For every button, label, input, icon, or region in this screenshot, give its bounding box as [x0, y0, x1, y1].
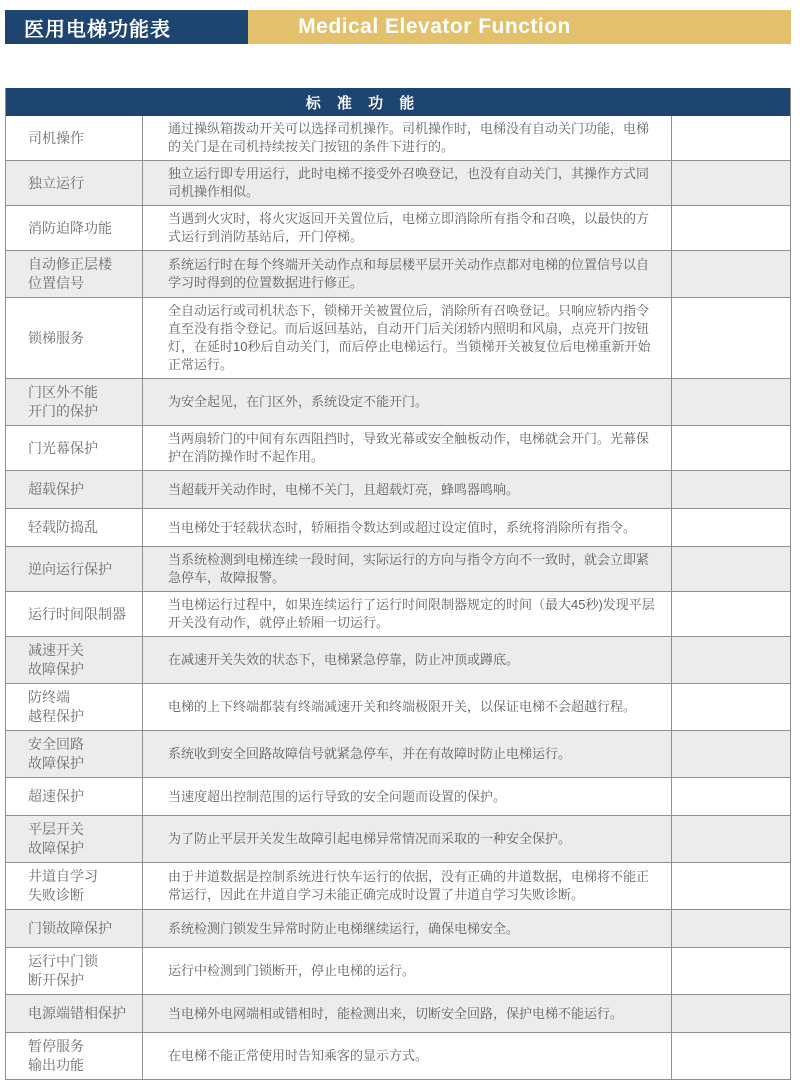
table-row: 消防迫降功能 当遇到火灾时，将火灾返回开关置位后，电梯立即消除所有指令和召唤，以… — [6, 205, 790, 250]
check-cell — [672, 778, 790, 815]
function-desc-cell: 当速度超出控制范围的运行导致的安全问题而设置的保护。 — [143, 778, 672, 815]
function-desc-cell: 在电梯不能正常使用时告知乘客的显示方式。 — [143, 1033, 672, 1079]
table-row: 超载保护 当超载开关动作时，电梯不关门，且超载灯亮，蜂鸣器鸣响。 — [6, 470, 790, 508]
function-name-cell: 安全回路 故障保护 — [6, 731, 143, 777]
function-description: 系统收到安全回路故障信号就紧急停车，并在有故障时防止电梯运行。 — [168, 745, 571, 763]
function-desc-cell: 系统运行时在每个终端开关动作点和每层楼平层开关动作点都对电梯的位置信号以自学习时… — [143, 251, 672, 297]
function-description: 当电梯外电网端相或错相时，能检测出来，切断安全回路，保护电梯不能运行。 — [168, 1005, 623, 1023]
function-desc-cell: 通过操纵箱拨动开关可以选择司机操作。司机操作时，电梯没有自动关门功能，电梯的关门… — [143, 116, 672, 160]
table-row: 防终端 越程保护 电梯的上下终端都装有终端减速开关和终端极限开关，以保证电梯不会… — [6, 683, 790, 730]
function-name: 门光幕保护 — [28, 439, 98, 458]
function-name-cell: 逆向运行保护 — [6, 547, 143, 591]
function-name-cell: 减速开关 故障保护 — [6, 637, 143, 683]
check-cell — [672, 116, 790, 160]
check-cell — [672, 863, 790, 909]
table-row: 减速开关 故障保护 在减速开关失效的状态下，电梯紧急停靠，防止冲顶或蹲底。 — [6, 636, 790, 683]
function-name: 防终端 越程保护 — [28, 688, 84, 726]
table-section-header: 标 准 功 能 — [6, 88, 790, 116]
function-name: 轻载防捣乱 — [28, 518, 98, 537]
function-description: 在电梯不能正常使用时告知乘客的显示方式。 — [168, 1047, 428, 1065]
function-name-cell: 井道自学习 失败诊断 — [6, 863, 143, 909]
function-name-cell: 消防迫降功能 — [6, 206, 143, 250]
check-cell — [672, 298, 790, 378]
function-name: 独立运行 — [28, 174, 84, 193]
function-table: 标 准 功 能 司机操作 通过操纵箱拨动开关可以选择司机操作。司机操作时，电梯没… — [5, 88, 791, 1080]
table-row: 超速保护 当速度超出控制范围的运行导致的安全问题而设置的保护。 — [6, 777, 790, 815]
function-desc-cell: 全自动运行或司机状态下，锁梯开关被置位后，消除所有召唤登记。只响应轿内指令直至没… — [143, 298, 672, 378]
function-name: 电源端错相保护 — [28, 1004, 126, 1023]
page: 医用电梯功能表 Medical Elevator Function 标 准 功 … — [0, 0, 800, 1089]
table-row: 电源端错相保护 当电梯外电网端相或错相时，能检测出来，切断安全回路，保护电梯不能… — [6, 994, 790, 1032]
function-name: 锁梯服务 — [28, 329, 84, 348]
table-row: 轻载防捣乱 当电梯处于轻载状态时，轿厢指令数达到或超过设定值时，系统将消除所有指… — [6, 508, 790, 546]
function-desc-cell: 为了防止平层开关发生故障引起电梯异常情况而采取的一种安全保护。 — [143, 816, 672, 862]
function-desc-cell: 当系统检测到电梯连续一段时间，实际运行的方向与指令方向不一致时，就会立即紧急停车… — [143, 547, 672, 591]
function-description: 当电梯处于轻载状态时，轿厢指令数达到或超过设定值时，系统将消除所有指令。 — [168, 519, 636, 537]
section-title: 标 准 功 能 — [306, 92, 421, 113]
check-cell — [672, 816, 790, 862]
function-desc-cell: 在减速开关失效的状态下，电梯紧急停靠，防止冲顶或蹲底。 — [143, 637, 672, 683]
function-name: 门区外不能 开门的保护 — [28, 383, 98, 421]
table-row: 门锁故障保护 系统检测门锁发生异常时防止电梯继续运行，确保电梯安全。 — [6, 909, 790, 947]
function-name-cell: 司机操作 — [6, 116, 143, 160]
table-row: 独立运行 独立运行即专用运行，此时电梯不接受外召唤登记，也没有自动关门，其操作方… — [6, 160, 790, 205]
check-cell — [672, 509, 790, 546]
table-row: 安全回路 故障保护 系统收到安全回路故障信号就紧急停车，并在有故障时防止电梯运行… — [6, 730, 790, 777]
table-row: 锁梯服务 全自动运行或司机状态下，锁梯开关被置位后，消除所有召唤登记。只响应轿内… — [6, 297, 790, 378]
function-name: 消防迫降功能 — [28, 219, 112, 238]
function-name-cell: 电源端错相保护 — [6, 995, 143, 1032]
check-cell — [672, 161, 790, 205]
check-cell — [672, 426, 790, 470]
function-description: 当超载开关动作时，电梯不关门，且超载灯亮，蜂鸣器鸣响。 — [168, 481, 519, 499]
function-name: 自动修正层楼 位置信号 — [28, 255, 112, 293]
function-name-cell: 运行中门锁 断开保护 — [6, 948, 143, 994]
function-name-cell: 暂停服务 输出功能 — [6, 1033, 143, 1079]
table-row: 门光幕保护 当两扇轿门的中间有东西阻挡时，导致光幕或安全触板动作，电梯就会开门。… — [6, 425, 790, 470]
function-description: 运行中检测到门锁断开，停止电梯的运行。 — [168, 962, 415, 980]
table-row: 自动修正层楼 位置信号 系统运行时在每个终端开关动作点和每层楼平层开关动作点都对… — [6, 250, 790, 297]
function-description: 当速度超出控制范围的运行导致的安全问题而设置的保护。 — [168, 788, 506, 806]
function-name-cell: 超速保护 — [6, 778, 143, 815]
check-cell — [672, 251, 790, 297]
function-name: 超载保护 — [28, 480, 84, 499]
function-name: 运行时间限制器 — [28, 605, 126, 624]
title-en-banner: Medical Elevator Function — [248, 10, 791, 44]
check-cell — [672, 471, 790, 508]
table-row: 暂停服务 输出功能 在电梯不能正常使用时告知乘客的显示方式。 — [6, 1032, 790, 1079]
check-cell — [672, 592, 790, 636]
function-description: 当电梯运行过程中，如果连续运行了运行时间限制器规定的时间（最大45秒)发现平层开… — [168, 596, 656, 632]
table-row: 门区外不能 开门的保护 为安全起见，在门区外，系统设定不能开门。 — [6, 378, 790, 425]
function-name: 门锁故障保护 — [28, 919, 112, 938]
function-description: 系统运行时在每个终端开关动作点和每层楼平层开关动作点都对电梯的位置信号以自学习时… — [168, 256, 656, 292]
function-description: 为安全起见，在门区外，系统设定不能开门。 — [168, 393, 428, 411]
function-description: 当两扇轿门的中间有东西阻挡时，导致光幕或安全触板动作，电梯就会开门。光幕保护在消… — [168, 430, 656, 466]
function-desc-cell: 当电梯外电网端相或错相时，能检测出来，切断安全回路，保护电梯不能运行。 — [143, 995, 672, 1032]
function-name-cell: 独立运行 — [6, 161, 143, 205]
function-name-cell: 门光幕保护 — [6, 426, 143, 470]
table-row: 司机操作 通过操纵箱拨动开关可以选择司机操作。司机操作时，电梯没有自动关门功能，… — [6, 116, 790, 160]
function-name: 平层开关 故障保护 — [28, 820, 84, 858]
page-title-en: Medical Elevator Function — [298, 15, 571, 39]
table-row: 运行中门锁 断开保护 运行中检测到门锁断开，停止电梯的运行。 — [6, 947, 790, 994]
function-desc-cell: 电梯的上下终端都装有终端减速开关和终端极限开关，以保证电梯不会超越行程。 — [143, 684, 672, 730]
function-desc-cell: 由于井道数据是控制系统进行快车运行的依据，没有正确的井道数据，电梯将不能正常运行… — [143, 863, 672, 909]
check-cell — [672, 1033, 790, 1079]
function-description: 系统检测门锁发生异常时防止电梯继续运行，确保电梯安全。 — [168, 920, 519, 938]
page-title-zh: 医用电梯功能表 — [24, 13, 171, 42]
function-name-cell: 自动修正层楼 位置信号 — [6, 251, 143, 297]
function-desc-cell: 运行中检测到门锁断开，停止电梯的运行。 — [143, 948, 672, 994]
page-header: 医用电梯功能表 Medical Elevator Function — [5, 10, 791, 44]
function-description: 为了防止平层开关发生故障引起电梯异常情况而采取的一种安全保护。 — [168, 830, 571, 848]
function-desc-cell: 独立运行即专用运行，此时电梯不接受外召唤登记，也没有自动关门，其操作方式同司机操… — [143, 161, 672, 205]
function-name-cell: 平层开关 故障保护 — [6, 816, 143, 862]
check-cell — [672, 995, 790, 1032]
check-cell — [672, 637, 790, 683]
function-description: 由于井道数据是控制系统进行快车运行的依据，没有正确的井道数据，电梯将不能正常运行… — [168, 868, 656, 904]
function-desc-cell: 系统检测门锁发生异常时防止电梯继续运行，确保电梯安全。 — [143, 910, 672, 947]
function-description: 电梯的上下终端都装有终端减速开关和终端极限开关，以保证电梯不会超越行程。 — [168, 698, 636, 716]
function-description: 当遇到火灾时，将火灾返回开关置位后，电梯立即消除所有指令和召唤，以最快的方式运行… — [168, 210, 656, 246]
function-desc-cell: 当遇到火灾时，将火灾返回开关置位后，电梯立即消除所有指令和召唤，以最快的方式运行… — [143, 206, 672, 250]
table-row: 平层开关 故障保护 为了防止平层开关发生故障引起电梯异常情况而采取的一种安全保护… — [6, 815, 790, 862]
check-cell — [672, 379, 790, 425]
check-cell — [672, 684, 790, 730]
function-name: 井道自学习 失败诊断 — [28, 867, 98, 905]
check-cell — [672, 731, 790, 777]
function-name: 暂停服务 输出功能 — [28, 1037, 84, 1075]
function-desc-cell: 当超载开关动作时，电梯不关门，且超载灯亮，蜂鸣器鸣响。 — [143, 471, 672, 508]
function-name-cell: 锁梯服务 — [6, 298, 143, 378]
check-cell — [672, 206, 790, 250]
function-name-cell: 门锁故障保护 — [6, 910, 143, 947]
function-desc-cell: 为安全起见，在门区外，系统设定不能开门。 — [143, 379, 672, 425]
check-cell — [672, 547, 790, 591]
function-description: 当系统检测到电梯连续一段时间，实际运行的方向与指令方向不一致时，就会立即紧急停车… — [168, 551, 656, 587]
function-name-cell: 运行时间限制器 — [6, 592, 143, 636]
function-name: 安全回路 故障保护 — [28, 735, 84, 773]
function-desc-cell: 当两扇轿门的中间有东西阻挡时，导致光幕或安全触板动作，电梯就会开门。光幕保护在消… — [143, 426, 672, 470]
function-name: 减速开关 故障保护 — [28, 641, 84, 679]
check-cell — [672, 910, 790, 947]
table-row: 运行时间限制器 当电梯运行过程中，如果连续运行了运行时间限制器规定的时间（最大4… — [6, 591, 790, 636]
function-desc-cell: 当电梯运行过程中，如果连续运行了运行时间限制器规定的时间（最大45秒)发现平层开… — [143, 592, 672, 636]
table-row: 逆向运行保护 当系统检测到电梯连续一段时间，实际运行的方向与指令方向不一致时，就… — [6, 546, 790, 591]
function-name-cell: 轻载防捣乱 — [6, 509, 143, 546]
function-description: 通过操纵箱拨动开关可以选择司机操作。司机操作时，电梯没有自动关门功能，电梯的关门… — [168, 120, 656, 156]
function-name: 运行中门锁 断开保护 — [28, 952, 98, 990]
function-table-body: 司机操作 通过操纵箱拨动开关可以选择司机操作。司机操作时，电梯没有自动关门功能，… — [6, 116, 790, 1079]
function-description: 全自动运行或司机状态下，锁梯开关被置位后，消除所有召唤登记。只响应轿内指令直至没… — [168, 302, 656, 374]
function-name: 司机操作 — [28, 129, 84, 148]
function-description: 独立运行即专用运行，此时电梯不接受外召唤登记，也没有自动关门，其操作方式同司机操… — [168, 165, 656, 201]
function-desc-cell: 当电梯处于轻载状态时，轿厢指令数达到或超过设定值时，系统将消除所有指令。 — [143, 509, 672, 546]
table-row: 井道自学习 失败诊断 由于井道数据是控制系统进行快车运行的依据，没有正确的井道数… — [6, 862, 790, 909]
title-zh-banner: 医用电梯功能表 — [5, 10, 248, 44]
function-description: 在减速开关失效的状态下，电梯紧急停靠，防止冲顶或蹲底。 — [168, 651, 519, 669]
function-name-cell: 门区外不能 开门的保护 — [6, 379, 143, 425]
function-desc-cell: 系统收到安全回路故障信号就紧急停车，并在有故障时防止电梯运行。 — [143, 731, 672, 777]
function-name: 超速保护 — [28, 787, 84, 806]
function-name: 逆向运行保护 — [28, 560, 112, 579]
function-name-cell: 防终端 越程保护 — [6, 684, 143, 730]
check-cell — [672, 948, 790, 994]
function-name-cell: 超载保护 — [6, 471, 143, 508]
